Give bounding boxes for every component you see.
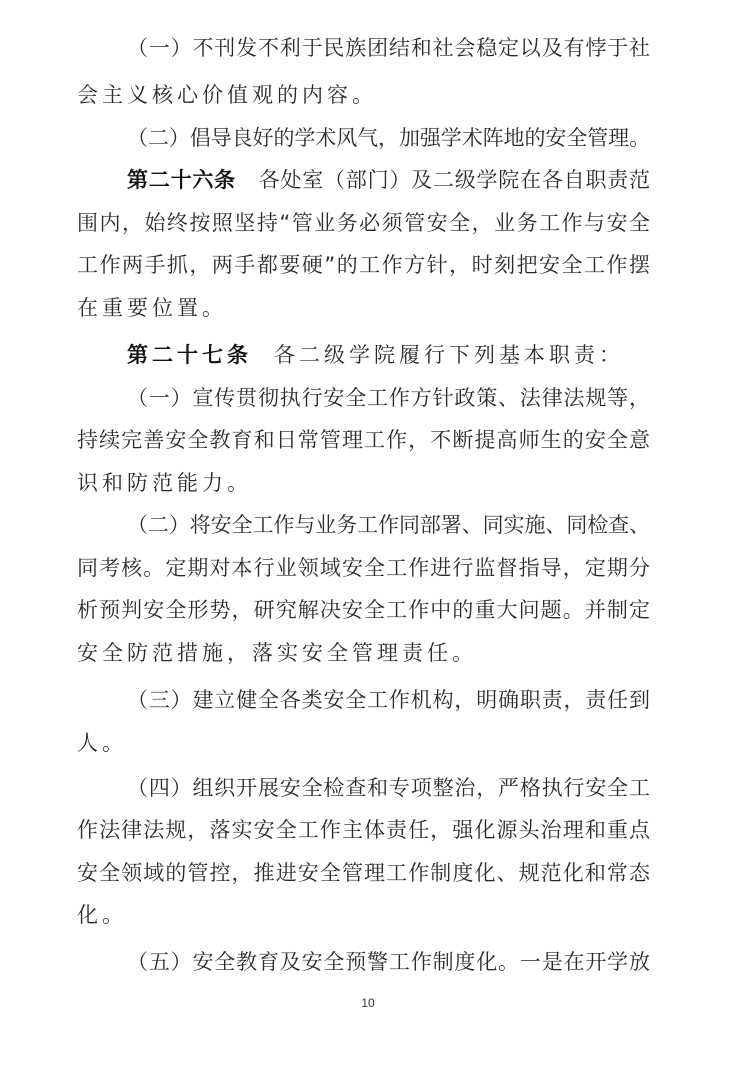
line-text: （二）将安全工作与业务工作同部署、同实施、同检查、 [127, 513, 650, 537]
line-text: 化。 [77, 903, 127, 927]
page-number: 10 [0, 996, 736, 1010]
text-line: 化。 [77, 901, 650, 929]
line-text: 各处室（部门）及二级学院在各自职责范 [258, 168, 650, 192]
line-text: （三）建立健全各类安全工作机构，明确职责，责任到 [127, 688, 650, 712]
line-text: （五）安全教育及安全预警工作制度化。一是在开学放 [127, 950, 650, 974]
text-line: 作法律法规，落实安全工作主体责任，强化源头治理和重点 [77, 816, 650, 844]
text-line: （一）宣传贯彻执行安全工作方针政策、法律法规等， [127, 384, 650, 412]
text-line: 围内，始终按照坚持“管业务必须管安全，业务工作与安全 [77, 209, 650, 237]
text-line: 识和防范能力。 [77, 469, 650, 497]
text-line: （三）建立健全各类安全工作机构，明确职责，责任到 [127, 686, 650, 714]
text-line: 同考核。定期对本行业领域安全工作进行监督指导，定期分 [77, 554, 650, 582]
text-line: 安全防范措施，落实安全管理责任。 [77, 639, 650, 667]
line-text: 工作两手抓，两手都要硬”的工作方针，时刻把安全工作摆 [77, 253, 650, 277]
line-text: 在重要位置。 [77, 296, 227, 320]
line-text: 识和防范能力。 [77, 471, 252, 495]
line-text: 安全领域的管控，推进安全管理工作制度化、规范化和常态 [77, 861, 650, 885]
line-text: （四）组织开展安全检查和专项整治，严格执行安全工 [127, 776, 650, 800]
text-line: （五）安全教育及安全预警工作制度化。一是在开学放 [127, 948, 650, 976]
line-text: （一）不刊发不利于民族团结和社会稳定以及有悖于社 [127, 36, 650, 60]
line-text: 析预判安全形势，研究解决安全工作中的重大问题。并制定 [77, 598, 650, 622]
article-number: 第二十七条 [127, 343, 252, 367]
document-page: （一）不刊发不利于民族团结和社会稳定以及有悖于社会主义核心价值观的内容。（二）倡… [0, 0, 736, 1074]
text-line: （一）不刊发不利于民族团结和社会稳定以及有悖于社 [127, 34, 650, 62]
line-text: 各二级学院履行下列基本职责： [274, 343, 624, 367]
article-number: 第二十六条 [127, 168, 236, 192]
line-text: 作法律法规，落实安全工作主体责任，强化源头治理和重点 [77, 818, 650, 842]
line-text: 人。 [77, 731, 127, 755]
line-text: 围内，始终按照坚持“管业务必须管安全，业务工作与安全 [77, 211, 650, 235]
text-line: 安全领域的管控，推进安全管理工作制度化、规范化和常态 [77, 859, 650, 887]
article-heading-line: 第二十六条各处室（部门）及二级学院在各自职责范 [127, 166, 650, 194]
line-text: （一）宣传贯彻执行安全工作方针政策、法律法规等， [127, 386, 650, 410]
line-text: 安全防范措施，落实安全管理责任。 [77, 641, 477, 665]
text-line: 工作两手抓，两手都要硬”的工作方针，时刻把安全工作摆 [77, 251, 650, 279]
text-line: 人。 [77, 729, 650, 757]
text-line: （四）组织开展安全检查和专项整治，严格执行安全工 [127, 774, 650, 802]
text-line: 会主义核心价值观的内容。 [77, 81, 650, 109]
text-line: （二）倡导良好的学术风气，加强学术阵地的安全管理。 [127, 124, 650, 152]
text-line: 在重要位置。 [77, 294, 650, 322]
line-text: 会主义核心价值观的内容。 [77, 83, 377, 107]
article-heading-line: 第二十七条各二级学院履行下列基本职责： [127, 341, 650, 369]
line-text: 同考核。定期对本行业领域安全工作进行监督指导，定期分 [77, 556, 650, 580]
line-text: 持续完善安全教育和日常管理工作，不断提高师生的安全意 [77, 428, 650, 452]
text-line: 析预判安全形势，研究解决安全工作中的重大问题。并制定 [77, 596, 650, 624]
text-line: 持续完善安全教育和日常管理工作，不断提高师生的安全意 [77, 426, 650, 454]
text-line: （二）将安全工作与业务工作同部署、同实施、同检查、 [127, 511, 650, 539]
line-text: （二）倡导良好的学术风气，加强学术阵地的安全管理。 [127, 126, 650, 150]
